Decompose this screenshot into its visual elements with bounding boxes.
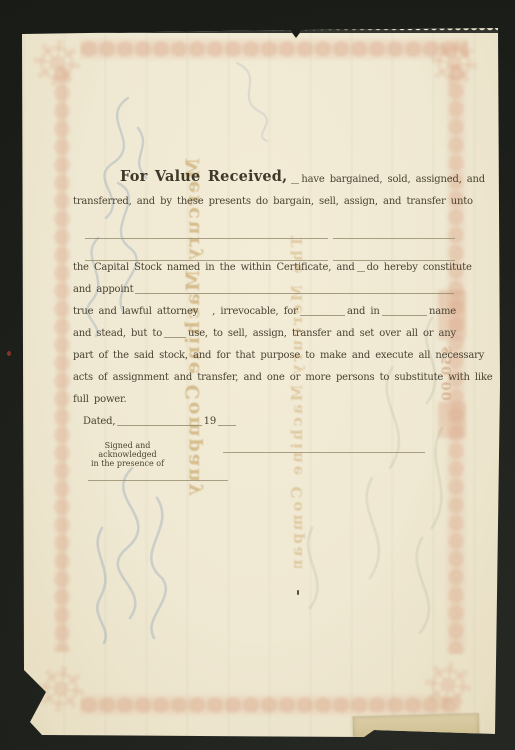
side-panel-ornament-bottom [438, 402, 466, 438]
blank-consideration [291, 183, 299, 184]
blank-attorney-intro [357, 271, 365, 272]
form-line-2: transferred, and by these presents do ba… [73, 194, 456, 207]
corner-rosette-bottom-left [38, 666, 84, 712]
for-value-received-heading: For Value Received, [120, 168, 287, 185]
blank-witness-signature [223, 452, 425, 453]
form-line-8: and stead, but to use, to sell, assign, … [73, 326, 456, 339]
corner-rosette-top-left [34, 40, 80, 86]
form-line-11: full power. [73, 392, 456, 405]
dated-line: Dated, 19 [83, 414, 238, 427]
corner-rosette-bottom-right [425, 662, 471, 708]
form-line-7: true and lawful attorney , irrevocable, … [73, 304, 456, 317]
blank-assignee-line1b [333, 238, 455, 239]
blank-year [218, 425, 236, 426]
border-bleed-top [80, 30, 468, 68]
border-bleed-left [51, 66, 73, 652]
ink-speck [297, 590, 299, 595]
blank-appoint [135, 293, 454, 294]
form-line-6: and appoint [73, 282, 456, 295]
blank-date [117, 425, 201, 426]
form-line-10: acts of assignment and transfer, and one… [73, 370, 456, 383]
red-speck [7, 351, 11, 356]
corner-rosette-top-right [431, 40, 477, 86]
perforated-top-edge [22, 28, 500, 33]
blank-for [300, 315, 345, 316]
blank-in [382, 315, 427, 316]
form-line-5: the Capital Stock named in the within Ce… [73, 260, 456, 273]
blank-use [164, 337, 186, 338]
witness-caption: Signed and acknowledged in the presence … [80, 441, 175, 468]
scanned-certificate-photo: $50.00 Mercury Machine Company The Mercu… [0, 0, 515, 750]
form-line-1: For Value Received, have bargained, sold… [120, 172, 455, 185]
blank-witness-signature-2 [88, 480, 228, 481]
form-line-9: part of the said stock, and for that pur… [73, 348, 456, 361]
tape-repair [353, 713, 480, 742]
certificate-paper: $50.00 Mercury Machine Company The Mercu… [22, 28, 500, 737]
blank-assignee-line1a [85, 238, 328, 239]
